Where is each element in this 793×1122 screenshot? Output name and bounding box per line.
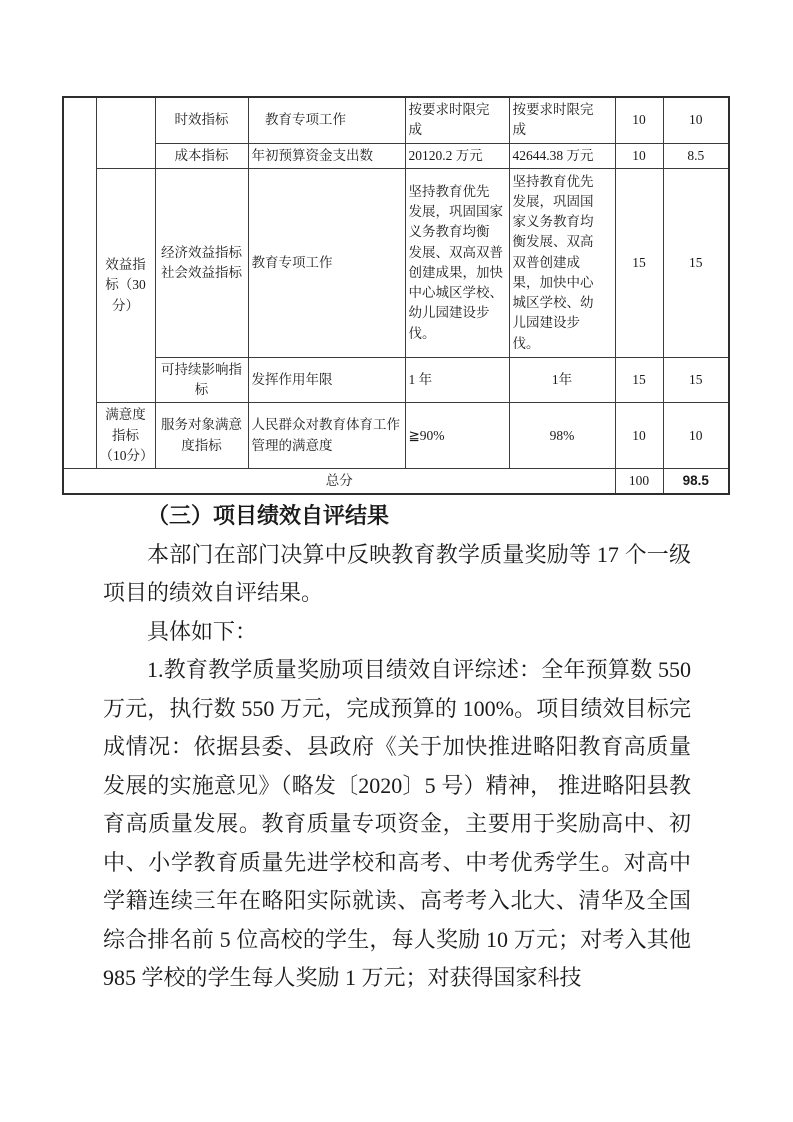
cell-indicator-type: 时效指标 xyxy=(155,97,248,143)
cell-self-score: 10 xyxy=(663,97,729,143)
cell-target-value: 坚持教育优先 发展，巩固国家 义务教育均衡 发展、双高双普 创建成果，加快 中心… xyxy=(405,168,509,357)
paragraph-lead-in: 具体如下： xyxy=(103,613,691,652)
cell-group-benefit: 效益指 标（30 分） xyxy=(96,168,155,403)
cell-target-value: 1 年 xyxy=(405,357,509,403)
table-row-satisfaction: 满意度 指标 （10分） 服务对象满意 度指标 人民群众对教育体育工作 管理的满… xyxy=(63,403,729,469)
table-row-total: 总分 100 98.5 xyxy=(63,469,729,495)
cell-actual-value: 1年 xyxy=(509,357,615,403)
cell-indicator-name: 教育专项工作 xyxy=(248,97,405,143)
document-page: 时效指标 教育专项工作 按要求时限完 成 按要求时限完 成 10 10 成本指标… xyxy=(0,0,793,1122)
cell-total-self-score: 98.5 xyxy=(663,469,729,495)
cell-target-value: ≧90% xyxy=(405,403,509,469)
cell-indicator-type: 可持续影响指 标 xyxy=(155,357,248,403)
cell-actual-value: 坚持教育优先 发展，巩固国 家义务教育均 衡发展、双高 双普创建成 果，加快中心… xyxy=(509,168,615,357)
cell-indicator-name: 年初预算资金支出数 xyxy=(248,143,405,168)
paragraph-project-1: 1.教育教学质量奖励项目绩效自评综述：全年预算数 550 万元，执行数 550 … xyxy=(103,651,691,998)
cell-left-margin-column xyxy=(63,97,96,469)
cell-score: 15 xyxy=(615,357,663,403)
performance-table: 时效指标 教育专项工作 按要求时限完 成 按要求时限完 成 10 10 成本指标… xyxy=(62,96,730,495)
cell-indicator-name: 人民群众对教育体育工作 管理的满意度 xyxy=(248,403,405,469)
cell-actual-value: 98% xyxy=(509,403,615,469)
cell-actual-value: 42644.38 万元 xyxy=(509,143,615,168)
cell-self-score: 15 xyxy=(663,357,729,403)
cell-self-score: 15 xyxy=(663,168,729,357)
cell-self-score: 10 xyxy=(663,403,729,469)
table-row-benefit: 效益指 标（30 分） 经济效益指标 社会效益指标 教育专项工作 坚持教育优先 … xyxy=(63,168,729,357)
paragraph-summary: 本部门在部门决算中反映教育教学质量奖励等 17 个一级项目的绩效自评结果。 xyxy=(103,536,691,613)
table-row-timeliness: 时效指标 教育专项工作 按要求时限完 成 按要求时限完 成 10 10 xyxy=(63,97,729,143)
table-row-cost: 成本指标 年初预算资金支出数 20120.2 万元 42644.38 万元 10… xyxy=(63,143,729,168)
cell-actual-value: 按要求时限完 成 xyxy=(509,97,615,143)
cell-indicator-type: 服务对象满意 度指标 xyxy=(155,403,248,469)
cell-score: 10 xyxy=(615,143,663,168)
cell-indicator-name: 发挥作用年限 xyxy=(248,357,405,403)
cell-group-output xyxy=(96,97,155,168)
table-row-sustainability: 可持续影响指 标 发挥作用年限 1 年 1年 15 15 xyxy=(63,357,729,403)
cell-group-satisfaction: 满意度 指标 （10分） xyxy=(96,403,155,469)
cell-indicator-type: 经济效益指标 社会效益指标 xyxy=(155,168,248,357)
cell-score: 10 xyxy=(615,97,663,143)
cell-self-score: 8.5 xyxy=(663,143,729,168)
section-heading: （三）项目绩效自评结果 xyxy=(103,497,691,536)
cell-indicator-name: 教育专项工作 xyxy=(248,168,405,357)
body-text: （三）项目绩效自评结果 本部门在部门决算中反映教育教学质量奖励等 17 个一级项… xyxy=(103,497,691,998)
cell-target-value: 20120.2 万元 xyxy=(405,143,509,168)
cell-target-value: 按要求时限完 成 xyxy=(405,97,509,143)
cell-total-label: 总分 xyxy=(63,469,615,495)
cell-score: 15 xyxy=(615,168,663,357)
cell-indicator-type: 成本指标 xyxy=(155,143,248,168)
cell-total-score: 100 xyxy=(615,469,663,495)
cell-score: 10 xyxy=(615,403,663,469)
